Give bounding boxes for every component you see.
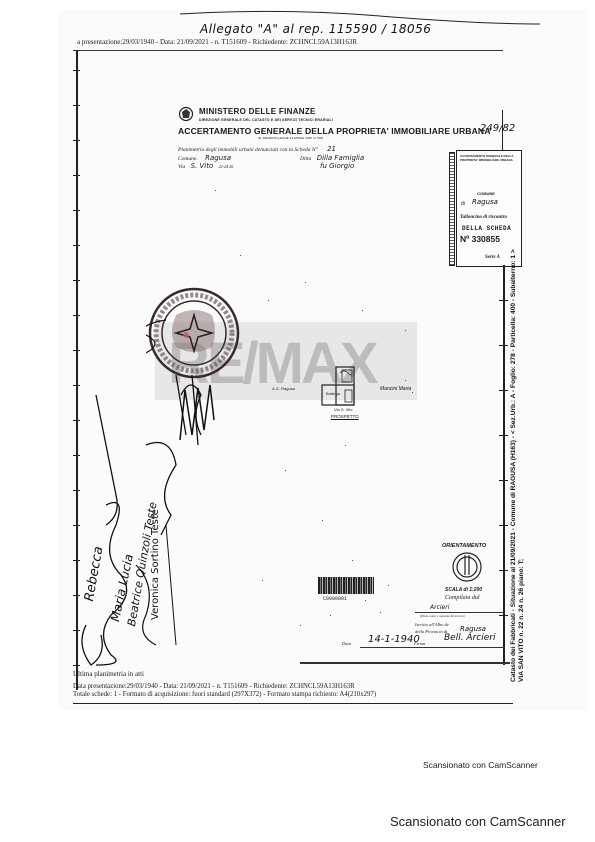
extra-value: fu Giorgio — [320, 162, 354, 170]
scheda-serie: Serie A — [485, 255, 500, 260]
room-label: Bottega — [326, 391, 340, 396]
cadastre-address-text: VIA SAN VITO n. 22 n. 24 n. 26 piano: T; — [518, 559, 525, 682]
right-ruler — [503, 265, 505, 665]
ruler-tick — [499, 435, 508, 436]
ruler-tick — [499, 300, 508, 301]
hatched-strip — [449, 152, 455, 266]
bottom-rule — [300, 662, 510, 664]
official-stamp-icon — [146, 285, 242, 381]
emblem-icon — [178, 106, 194, 122]
ruler-tick — [499, 345, 508, 346]
page-reference: 249/82 — [480, 123, 515, 134]
footer-line-2: Totale schede: 1 - Formato di acquisizio… — [73, 691, 376, 698]
extra-field: fu Giorgio — [300, 162, 354, 170]
footer-ruler — [73, 703, 513, 704]
scheda-number: 21 — [327, 145, 336, 153]
header-line: a presentazione:29/03/1940 - Data: 21/09… — [77, 38, 357, 46]
scheda-comune-label: COMUNE — [457, 191, 515, 196]
data-label: Data — [342, 641, 351, 646]
compass-icon — [451, 551, 483, 583]
signature-scribble — [170, 380, 220, 450]
barcode-number: C0000001 — [323, 596, 347, 602]
iscritto-label: Iscritto all'Albo de — [415, 622, 449, 627]
planimetria-field: Planimetria degli immobili urbani denunc… — [178, 145, 336, 153]
footer-line-1: Data presentazione:29/03/1940 - Data: 21… — [73, 683, 355, 690]
scheda-della-label: DELLA SCHEDA — [462, 225, 511, 232]
compilata-line — [415, 612, 505, 613]
sub-heading: (R. DECRETO-LEGGE 13 APRILE 1939, N. 652… — [258, 136, 323, 140]
scheda-box-heading: ACCERTAMENTO GENERALE DELLA PROPRIETA' I… — [460, 154, 518, 162]
scheda-di-label: di — [461, 201, 465, 207]
via-field: Via S. Vito 22-24-26 — [178, 162, 233, 170]
firma-label: Firma — [414, 641, 425, 646]
via-label: Via — [178, 164, 185, 170]
comune-field: Comune. Ragusa — [178, 154, 231, 162]
barcode — [318, 577, 374, 594]
ditta-value: Dilla Famiglia — [317, 154, 364, 162]
divider-line — [502, 110, 503, 150]
compilata-value: Arcieri — [430, 604, 449, 611]
main-heading: ACCERTAMENTO GENERALE DELLA PROPRIETA' I… — [178, 126, 491, 136]
firma-value: Bell. Arcieri — [444, 633, 495, 643]
ruler-tick — [499, 615, 508, 616]
floor-plan — [318, 365, 378, 410]
scheda-number-label: Nº 330855 — [460, 234, 500, 244]
plan-right-label: Mancini Maria — [380, 386, 411, 392]
top-rule — [73, 50, 503, 51]
via-value: S. Vito — [191, 162, 214, 170]
camscanner-label-small: Scansionato con CamScanner — [423, 760, 538, 770]
ministry-title: MINISTERO DELLE FINANZE — [199, 107, 316, 116]
signature-4: Veronica Sortino Teste — [150, 509, 161, 620]
scheda-di-value: Ragusa — [472, 198, 498, 206]
ditta-field: Ditta Dilla Famiglia — [300, 154, 364, 162]
scheda-talloncino: Talloncino di riscontro — [460, 215, 507, 220]
ruler-tick — [499, 480, 508, 481]
camscanner-label-large: Scansionato con CamScanner — [390, 814, 566, 829]
provincia-label: della Provincia di — [415, 629, 447, 634]
ruler-tick — [499, 570, 508, 571]
planimetria-label: Planimetria degli immobili urbani denunc… — [178, 147, 318, 153]
cadastre-situation-text: Catasto dei Fabbricati - Situazione al 2… — [510, 249, 517, 682]
data-value: 14-1-1940 — [368, 634, 420, 645]
ministry-subtitle: DIREZIONE GENERALE DEL CATASTO E DEI SER… — [199, 118, 333, 122]
handwritten-annotation: Allegato "A" al rep. 115590 / 18056 — [200, 22, 431, 36]
orientamento-title: ORIENTAMENTO — [442, 543, 486, 549]
ruler-tick — [499, 390, 508, 391]
plan-bottom-label: Via S. Vito — [334, 407, 353, 412]
signature-line — [360, 647, 505, 648]
compilata-label: Compilata dal — [445, 595, 480, 601]
comune-value: Ragusa — [205, 154, 231, 162]
footer-title: Ultima planimetria in atti — [73, 670, 144, 678]
compilata-caption: (Titolo, nome e cognome del tecnico) — [420, 614, 465, 618]
ruler-tick — [499, 525, 508, 526]
provincia-value: Ragusa — [460, 625, 486, 633]
scale-label: SCALA di 1:200 — [445, 587, 482, 593]
plan-prospetto-label: PROSPETTO — [331, 414, 359, 419]
civic-value: 22-24-26 — [219, 164, 234, 169]
